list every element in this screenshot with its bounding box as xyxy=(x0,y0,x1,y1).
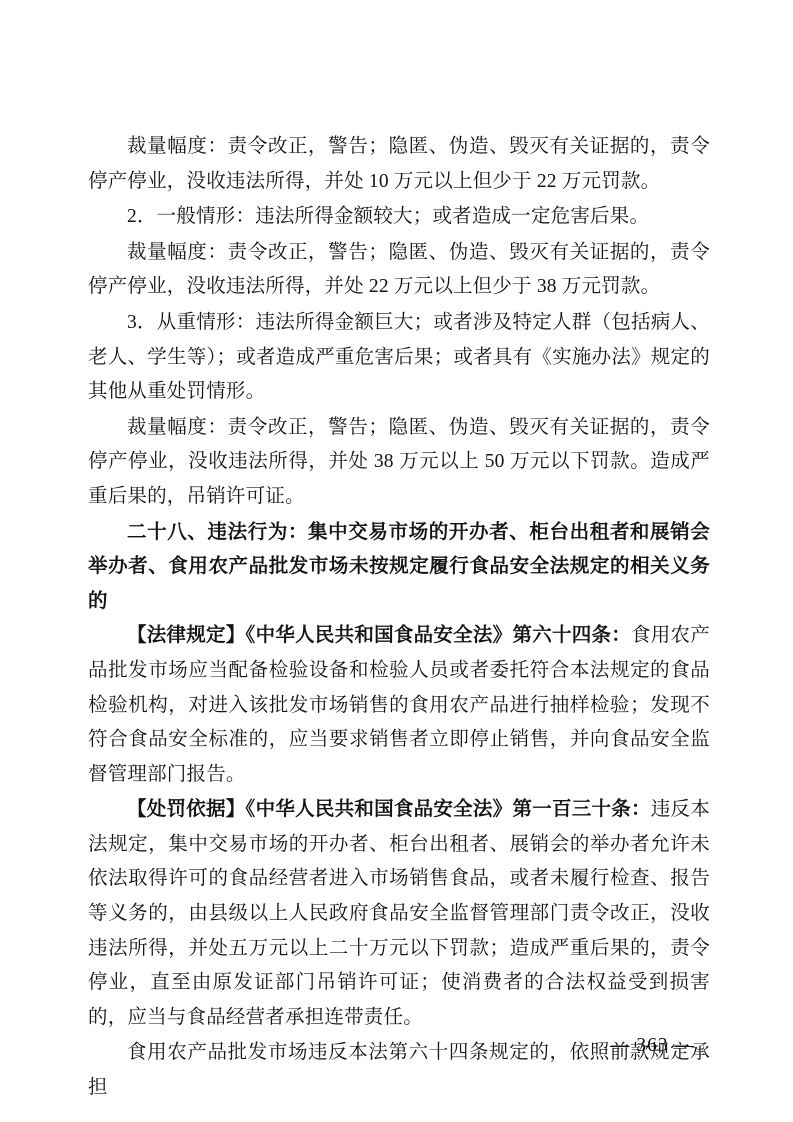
paragraph-text: 2．一般情形：违法所得金额较大；或者造成一定危害后果。 xyxy=(127,206,649,227)
document-body: 裁量幅度：责令改正，警告；隐匿、伪造、毁灭有关证据的，责令停产停业，没收违法所得… xyxy=(88,129,710,1106)
paragraph-penalty-basis: 【处罚依据】《中华人民共和国食品安全法》第一百三十条：违反本法规定，集中交易市场… xyxy=(88,792,710,1035)
paragraph-aggravated-case: 3．从重情形：违法所得金额巨大；或者涉及特定人群（包括病人、老人、学生等）；或者… xyxy=(88,305,710,410)
paragraph-legal-provision: 【法律规定】《中华人民共和国食品安全法》第六十四条：食用农产品批发市场应当配备检… xyxy=(88,618,710,792)
document-page: 裁量幅度：责令改正，警告；隐匿、伪造、毁灭有关证据的，责令停产停业，没收违法所得… xyxy=(0,0,793,1122)
section-heading-text: 二十八、违法行为：集中交易市场的开办者、柜台出租者和展销会举办者、食用农产品批发… xyxy=(88,521,710,612)
paragraph-text: 裁量幅度：责令改正，警告；隐匿、伪造、毁灭有关证据的，责令停产停业，没收违法所得… xyxy=(88,242,710,298)
legal-provision-label: 【法律规定】《中华人民共和国食品安全法》第六十四条： xyxy=(127,624,631,646)
paragraph-discretion-minor: 裁量幅度：责令改正，警告；隐匿、伪造、毁灭有关证据的，责令停产停业，没收违法所得… xyxy=(88,129,710,199)
paragraph-text: 裁量幅度：责令改正，警告；隐匿、伪造、毁灭有关证据的，责令停产停业，没收违法所得… xyxy=(88,136,710,192)
paragraph-text: 裁量幅度：责令改正，警告；隐匿、伪造、毁灭有关证据的，责令停产停业，没收违法所得… xyxy=(88,417,710,507)
paragraph-discretion-aggravated: 裁量幅度：责令改正，警告；隐匿、伪造、毁灭有关证据的，责令停产停业，没收违法所得… xyxy=(88,410,710,515)
page-number: — 363 — xyxy=(610,1035,695,1057)
paragraph-text: 食用农产品批发市场应当配备检验设备和检验人员或者委托符合本法规定的食品检验机构，… xyxy=(88,625,710,784)
paragraph-discretion-general: 裁量幅度：责令改正，警告；隐匿、伪造、毁灭有关证据的，责令停产停业，没收违法所得… xyxy=(88,235,710,305)
section-heading-28: 二十八、违法行为：集中交易市场的开办者、柜台出租者和展销会举办者、食用农产品批发… xyxy=(88,515,710,619)
paragraph-text: 3．从重情形：违法所得金额巨大；或者涉及特定人群（包括病人、老人、学生等）；或者… xyxy=(88,312,710,402)
paragraph-general-case: 2．一般情形：违法所得金额较大；或者造成一定危害后果。 xyxy=(88,199,710,235)
paragraph-text: 违反本法规定，集中交易市场的开办者、柜台出租者、展销会的举办者允许未依法取得许可… xyxy=(88,799,710,1028)
penalty-basis-label: 【处罚依据】《中华人民共和国食品安全法》第一百三十条： xyxy=(127,798,651,820)
